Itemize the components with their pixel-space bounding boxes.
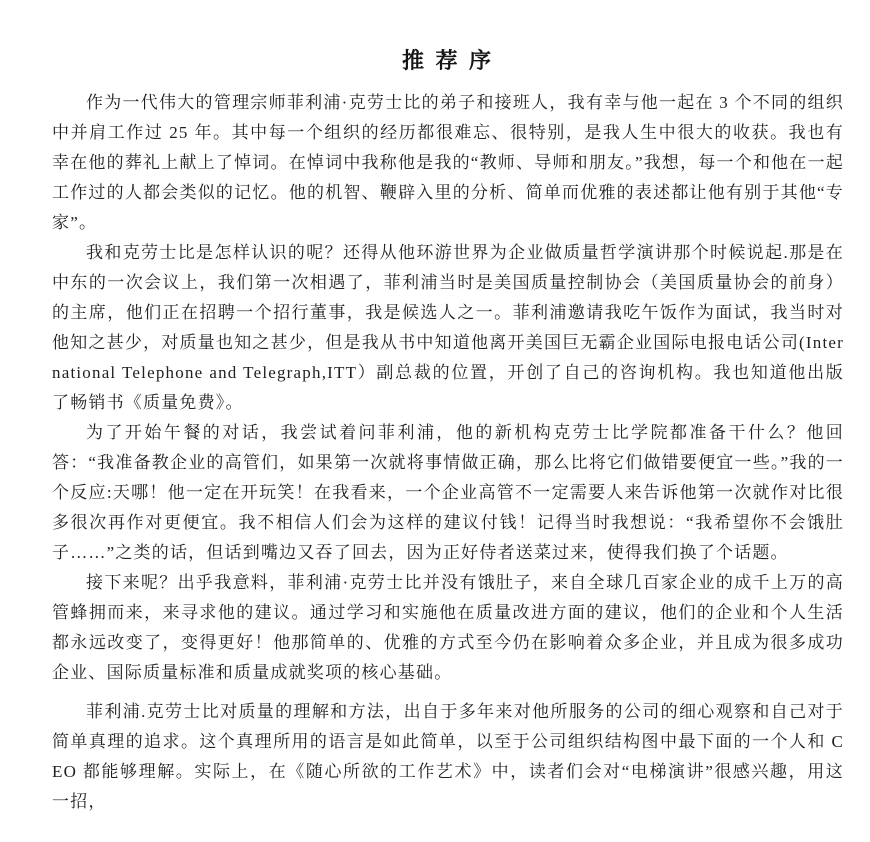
paragraph-1: 作为一代伟大的管理宗师菲利浦·克劳士比的弟子和接班人，我有幸与他一起在 3 个不… [52,88,844,238]
page-title: 推 荐 序 [52,44,844,75]
document-page: 推 荐 序 作为一代伟大的管理宗师菲利浦·克劳士比的弟子和接班人，我有幸与他一起… [0,0,870,842]
paragraph-3: 为了开始午餐的对话，我尝试着问菲利浦，他的新机构克劳士比学院都准备干什么？他回答… [52,418,844,568]
paragraph-2: 我和克劳士比是怎样认识的呢？还得从他环游世界为企业做质量哲学演讲那个时候说起.那… [52,238,844,418]
paragraph-4: 接下来呢？出乎我意料，菲利浦·克劳士比并没有饿肚子，来自全球几百家企业的成千上万… [52,568,844,688]
paragraph-5: 菲利浦.克劳士比对质量的理解和方法，出自于多年来对他所服务的公司的细心观察和自己… [52,697,844,817]
